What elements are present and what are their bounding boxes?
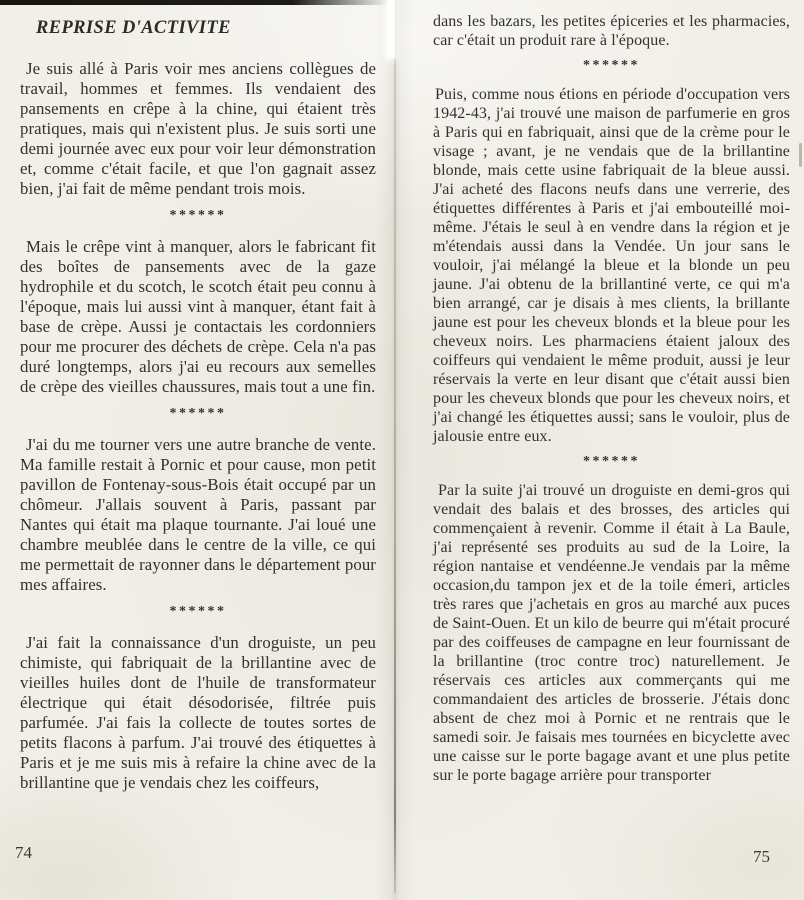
section-separator: ******: [20, 208, 376, 224]
section-separator: ******: [20, 406, 376, 422]
section-separator: ******: [433, 58, 790, 74]
page-right: dans les bazars, les petites épiceries e…: [433, 12, 790, 785]
paragraph: J'ai fait la connaissance d'un droguiste…: [20, 633, 376, 793]
page-gutter-highlight: [387, 0, 395, 58]
book-scan: REPRISE D'ACTIVITE Je suis allé à Paris …: [0, 0, 804, 900]
page-number-right: 75: [753, 847, 770, 867]
page-left: REPRISE D'ACTIVITE Je suis allé à Paris …: [20, 14, 376, 793]
section-heading: REPRISE D'ACTIVITE: [36, 18, 376, 39]
scan-top-edge: [0, 0, 390, 5]
paragraph: J'ai du me tourner vers une autre branch…: [20, 435, 376, 595]
page-number-left: 74: [15, 843, 32, 863]
paragraph: dans les bazars, les petites épiceries e…: [433, 12, 790, 50]
section-separator: ******: [20, 604, 376, 620]
paragraph: Par la suite j'ai trouvé un droguiste en…: [433, 481, 790, 785]
paragraph: Puis, comme nous étions en période d'occ…: [433, 85, 790, 446]
paragraph: Mais le crêpe vint à manquer, alors le f…: [20, 237, 376, 397]
section-separator: ******: [433, 454, 790, 470]
page-gutter-line: [394, 0, 396, 893]
scan-edge-artifact: [799, 143, 802, 167]
paragraph: Je suis allé à Paris voir mes anciens co…: [20, 59, 376, 199]
